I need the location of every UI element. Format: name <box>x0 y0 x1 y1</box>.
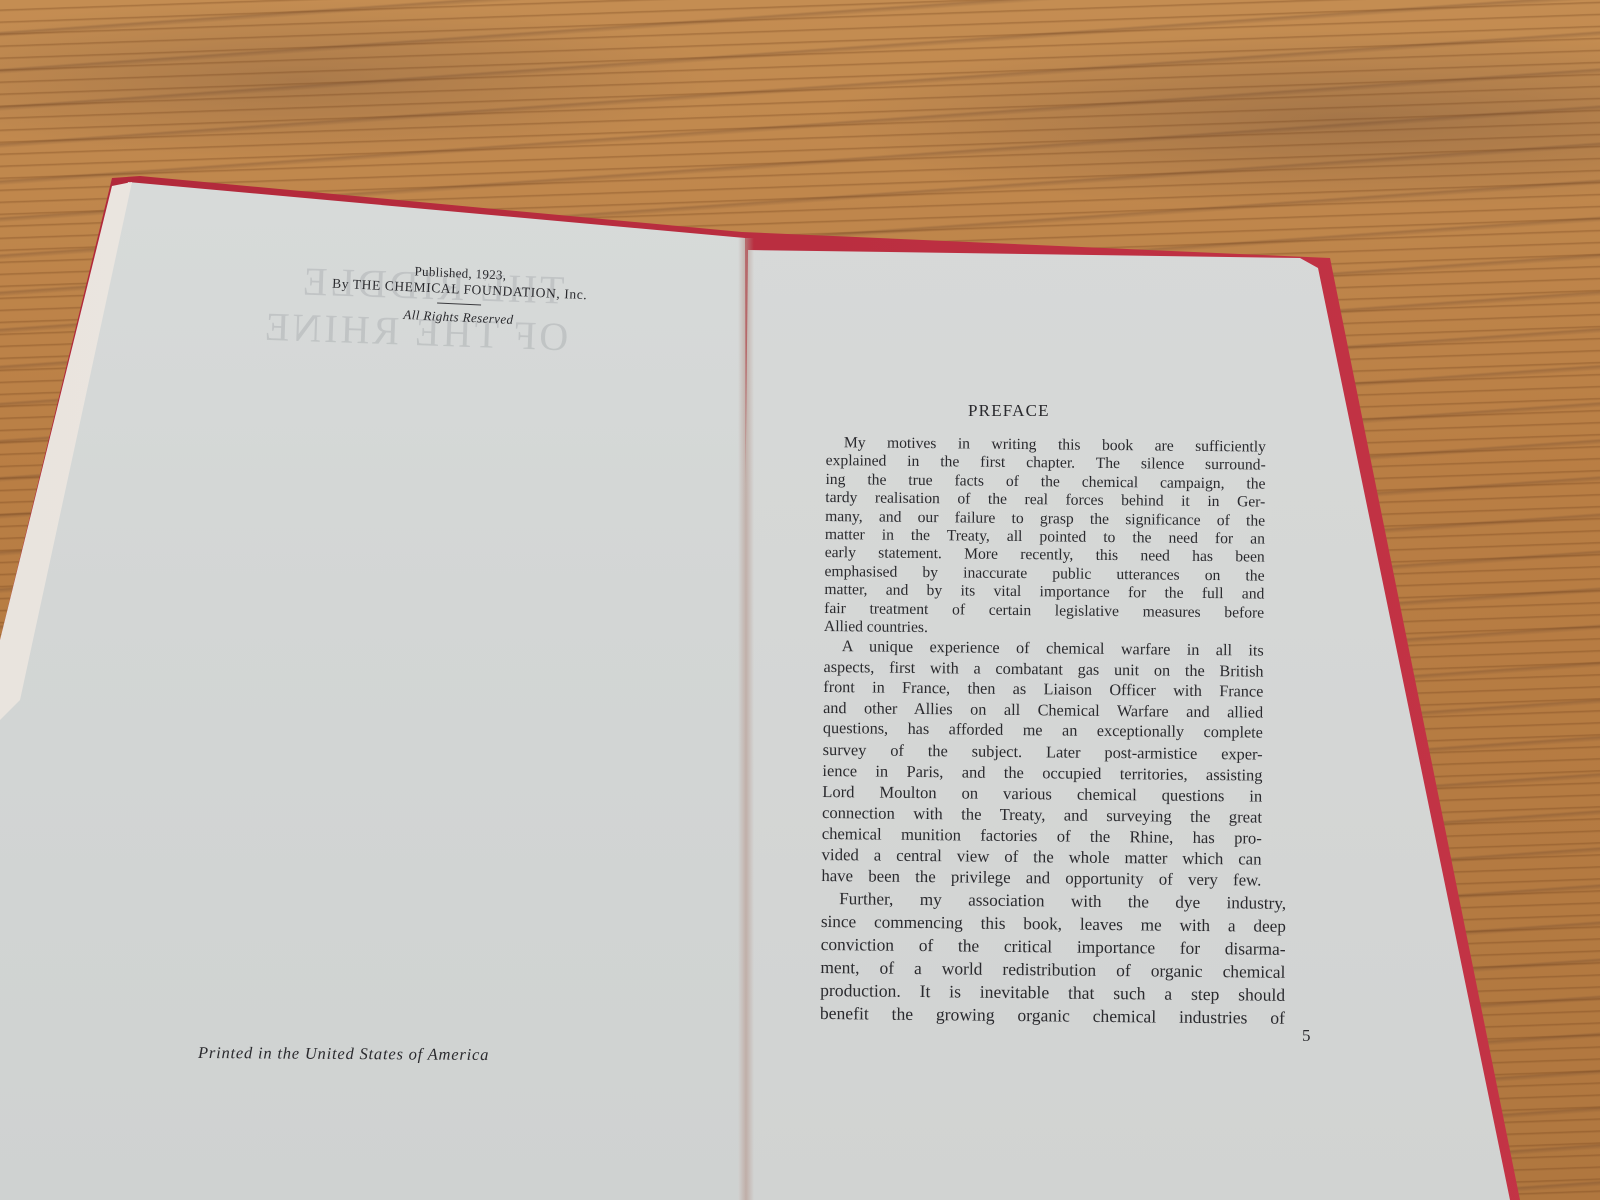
page-title: PREFACE <box>968 401 1050 421</box>
preface-body: My motives in writing this book are suff… <box>820 434 1266 1030</box>
page-number: 5 <box>1302 1026 1311 1046</box>
divider <box>437 302 481 305</box>
paragraph: A unique experience of chemical warfare … <box>821 636 1264 891</box>
paragraph: My motives in writing this book are suff… <box>824 434 1266 641</box>
printed-in-line: Printed in the United States of America <box>198 1043 489 1065</box>
paragraph: Further, my association with the dye ind… <box>820 887 1286 1030</box>
text-line: benefit the growing organic chemical ind… <box>820 1002 1285 1030</box>
book-gutter <box>738 238 754 1200</box>
